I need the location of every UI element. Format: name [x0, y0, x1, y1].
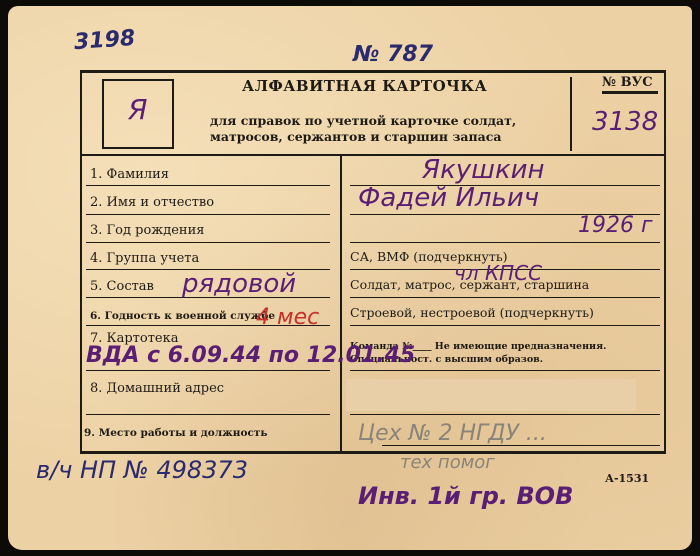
row-line — [350, 414, 660, 415]
party-value: чл КПСС — [454, 261, 542, 285]
letter-box: Я — [102, 79, 174, 149]
fitness-note: 4 мес — [256, 305, 319, 330]
row-line — [86, 370, 330, 371]
alphabetic-card: 3198 № 787 Я АЛФАВИТНАЯ КАРТОЧКА для спр… — [8, 6, 692, 550]
redacted-area — [346, 379, 636, 411]
row-line — [86, 242, 330, 243]
field-birth-year-label: 3. Год рождения — [90, 223, 204, 238]
form-code: А-1531 — [605, 472, 649, 485]
vus-label: № ВУС — [602, 75, 658, 94]
military-unit-note: в/ч НП № 498373 — [36, 456, 248, 484]
card-subtitle: для справок по учетной карточке солдат, … — [210, 113, 516, 145]
field-surname-label: 1. Фамилия — [90, 167, 169, 182]
vus-divider — [570, 77, 572, 151]
row-line — [86, 185, 330, 186]
field-workplace-label: 9. Место работы и должность — [84, 427, 268, 439]
top-left-number: 3198 — [73, 26, 136, 55]
row-line — [86, 414, 330, 415]
field-fitness-label: 6. Годность к военной службе — [90, 310, 275, 322]
row-line — [86, 214, 330, 215]
form-table: Я АЛФАВИТНАЯ КАРТОЧКА для справок по уче… — [80, 70, 666, 454]
service-type-label: Строевой, нестроевой (подчеркнуть) — [350, 305, 594, 320]
vus-number: 3138 — [592, 107, 658, 137]
disability-note: Инв. 1й гр. ВОВ — [358, 482, 573, 510]
card-number: № 787 — [353, 42, 433, 67]
header-separator — [82, 154, 664, 156]
field-composition-label: 5. Состав — [90, 279, 154, 294]
row-line — [350, 242, 660, 243]
birth-year-value: 1926 г — [578, 213, 653, 238]
field-group-label: 4. Группа учета — [90, 251, 199, 266]
field-name-label: 2. Имя и отчество — [90, 195, 214, 210]
name-patronymic-value: Фадей Ильич — [358, 183, 539, 213]
subtitle-line-2: матросов, сержантов и старшин запаса — [210, 129, 516, 145]
surname-value: Якушкин — [422, 155, 545, 185]
pencil-note: тех помог — [400, 452, 495, 473]
middle-divider — [340, 154, 342, 451]
composition-value: рядовой — [182, 269, 296, 299]
field-address-label: 8. Домашний адрес — [90, 381, 224, 396]
row-line — [350, 325, 660, 326]
surname-letter: Я — [128, 93, 147, 126]
row-line — [350, 297, 660, 298]
card-title: АЛФАВИТНАЯ КАРТОЧКА — [242, 77, 487, 95]
subtitle-line-1: для справок по учетной карточке солдат, — [210, 113, 516, 129]
workplace-value: Цех № 2 НГДУ ... — [358, 421, 547, 446]
row-line — [350, 370, 660, 371]
card-file-value: ВДА с 6.09.44 по 12.01.45 — [86, 343, 415, 368]
